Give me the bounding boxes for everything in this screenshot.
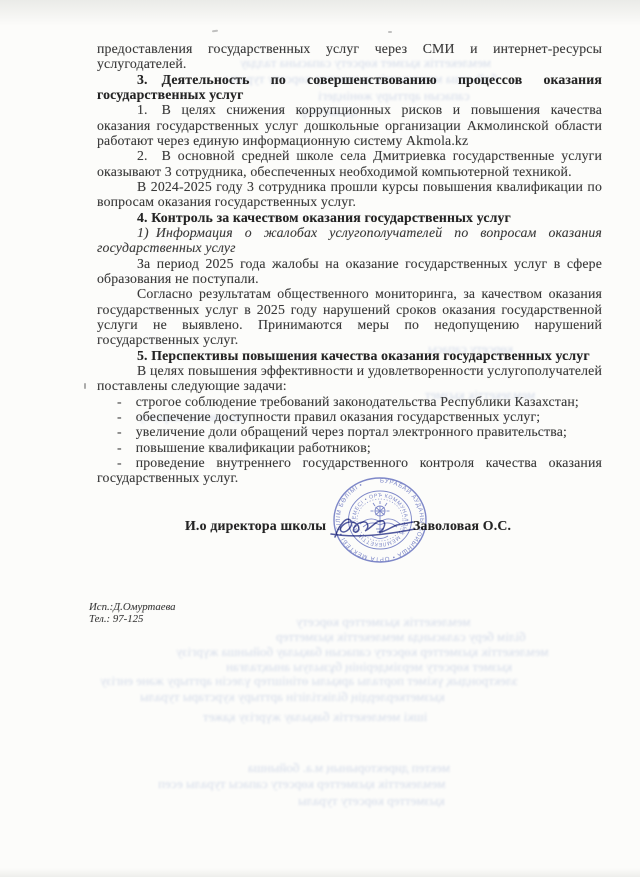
text-line: оказывают 3 сотрудника, обеспеченных нео…: [97, 164, 602, 179]
bleed-through-line: мемлекеттік қызметтер көрсету сапасын ба…: [176, 644, 549, 660]
bleed-through-line: мемлекеттік қызметтер көрсету сапасы тур…: [158, 776, 446, 792]
text-line: - проведение внутреннего государственног…: [97, 455, 602, 470]
bleed-through-line: қызметкерлердің біліктілігін арттыру кур…: [140, 689, 445, 705]
text-line: - повышение квалификации работников;: [97, 440, 622, 455]
bleed-through-line: ішкі мемлекеттік бақылау жүргізу қажет: [203, 709, 427, 725]
bleed-through-line: қызмет көрсету мерзімдерінің бұзылуы аны…: [226, 659, 512, 675]
text-line: государственных услуг: [97, 240, 602, 255]
text-line: Согласно результатам общественного монит…: [97, 286, 602, 301]
signatory-role: И.о директора школы: [185, 518, 326, 534]
text-line: образования не поступали.: [97, 271, 602, 286]
text-line: 3. Деятельность по совершенствованию про…: [97, 72, 602, 87]
bleed-through-line: электрондық үкімет порталы арқылы өтініш…: [100, 673, 518, 689]
text-line: государственных услуг в 2025 году наруше…: [97, 302, 602, 317]
text-line: государственных услуг: [97, 87, 602, 102]
text-line: 1) Информация о жалобах услугополучателе…: [97, 225, 602, 240]
text-line: За период 2025 года жалобы на оказание г…: [97, 256, 602, 271]
bleed-through-line: білім беру саласында мемлекеттік қызметт…: [276, 629, 526, 645]
scan-speck: [84, 383, 86, 389]
text-line: предоставления государственных услуг чер…: [97, 41, 602, 56]
text-line: поставлены следующие задачи:: [97, 378, 602, 393]
signature-scribble: [325, 505, 425, 550]
executor-name: Исп.:Д.Омуртаева: [89, 601, 176, 613]
text-line: услуги не выявлено. Принимаются меры по …: [97, 317, 602, 332]
text-line: 1. В целях снижения коррупционных рисков…: [97, 102, 602, 117]
text-line: 4. Контроль за качеством оказания госуда…: [97, 210, 640, 225]
text-line: работают через единую информационную сис…: [97, 133, 602, 148]
bleed-through-line: мектеп директорының м.а. бойынша: [248, 760, 450, 776]
document-body: предоставления государственных услуг чер…: [97, 41, 602, 486]
text-line: - обеспечение доступности правил оказани…: [97, 409, 622, 424]
text-line: 5. Перспективы повышения качества оказан…: [97, 348, 640, 363]
text-line: услугодателей.: [97, 56, 602, 71]
bleed-through-line: қызметтер көрсету туралы: [298, 793, 445, 809]
text-line: - строгое соблюдение требований законода…: [97, 394, 622, 409]
executor-phone: Тел.: 97-125: [89, 613, 176, 625]
text-line: 2. В основной средней школе села Дмитрие…: [97, 148, 602, 163]
bleed-through-line: мемлекеттік қызметтер көрсету: [296, 614, 471, 630]
scan-speck: [388, 31, 392, 33]
text-line: государственных услуг.: [97, 332, 602, 347]
text-line: - увеличение доли обращений через портал…: [97, 424, 622, 439]
text-line: вопросам оказания государственных услуг.: [97, 194, 602, 209]
text-line: оказания государственных услуг дошкольны…: [97, 118, 602, 133]
text-line: В целях повышения эффективности и удовле…: [97, 363, 602, 378]
executor-block: Исп.:Д.Омуртаева Тел.: 97-125: [89, 601, 176, 626]
text-line: В 2024-2025 году 3 сотрудника прошли кур…: [97, 179, 602, 194]
scan-speck: [212, 30, 218, 33]
scanned-document-page: мемлекеттік қызмет көрсету сапасына талд…: [0, 0, 640, 877]
